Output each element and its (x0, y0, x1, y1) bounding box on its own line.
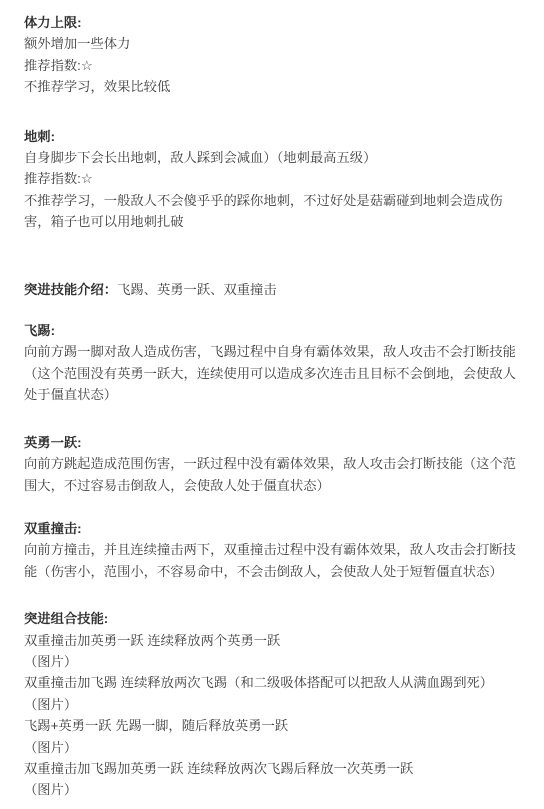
recommend-rating-line: 推荐指数:☆ (24, 168, 528, 189)
section-heading: 体力上限: (24, 15, 82, 30)
section-heading: 地刺: (24, 129, 55, 144)
section-heading: 突进技能介绍： (24, 282, 117, 297)
section-heading-row: 飞踢: (24, 320, 528, 341)
section-heading: 飞踢: (24, 323, 55, 338)
image-placeholder-line: （图片） (24, 651, 528, 672)
combo-line: 双重撞击加飞踢 连续释放两次飞踢（和二级吸体搭配可以把敌人从满血踢到死） (24, 672, 528, 693)
section-heading-row: 地刺: (24, 126, 528, 147)
combo-line: 双重撞击加飞踢加英勇一跃 连续释放两次飞踢后释放一次英勇一跃 (24, 758, 528, 779)
section-heading-row: 双重撞击: (24, 518, 528, 539)
text-line: 不推荐学习，一般敌人不会傻乎乎的踩你地刺，不过好处是菇霸碰到地刺会造成伤害，箱子… (24, 190, 528, 233)
text-line: 向前方跳起造成范围伤害，一跃过程中没有霸体效果，敌人攻击会打断技能（这个范围大，… (24, 453, 528, 496)
image-placeholder-line: （图片） (24, 737, 528, 758)
section-flying-kick: 飞踢: 向前方踢一脚对敌人造成伤害，飞踢过程中自身有霸体效果，敌人攻击不会打断技… (24, 320, 528, 406)
section-heading: 突进组合技能: (24, 611, 108, 626)
article-document: 体力上限: 额外增加一些体力 推荐指数:☆ 不推荐学习，效果比较低 地刺: 自身… (0, 0, 544, 809)
section-ground-spikes: 地刺: 自身脚步下会长出地刺，敌人踩到会减血）（地刺最高五级） 推荐指数:☆ 不… (24, 126, 528, 233)
image-placeholder-line: （图片） (24, 694, 528, 715)
text-line: 不推荐学习，效果比较低 (24, 76, 528, 97)
section-stamina-cap: 体力上限: 额外增加一些体力 推荐指数:☆ 不推荐学习，效果比较低 (24, 12, 528, 98)
section-heading-row: 英勇一跃: (24, 432, 528, 453)
text-line: 向前方撞击，并且连续撞击两下，双重撞击过程中没有霸体效果，敌人攻击会打断技能（伤… (24, 539, 528, 582)
section-heading: 英勇一跃: (24, 435, 82, 450)
section-heading-suffix: 飞踢、英勇一跃、双重撞击 (117, 282, 277, 297)
text-line: 向前方踢一脚对敌人造成伤害，飞踢过程中自身有霸体效果，敌人攻击不会打断技能（这个… (24, 341, 528, 405)
combo-line: 双重撞击加英勇一跃 连续释放两个英勇一跃 (24, 630, 528, 651)
combo-line: 飞踢+英勇一跃 先踢一脚，随后释放英勇一跃 (24, 715, 528, 736)
section-dash-skills-intro: 突进技能介绍：飞踢、英勇一跃、双重撞击 (24, 279, 528, 300)
section-dash-combos: 突进组合技能: 双重撞击加英勇一跃 连续释放两个英勇一跃 （图片） 双重撞击加飞… (24, 608, 528, 801)
text-line: 自身脚步下会长出地刺，敌人踩到会减血）（地刺最高五级） (24, 147, 528, 168)
section-heading-row: 突进组合技能: (24, 608, 528, 629)
section-double-slam: 双重撞击: 向前方撞击，并且连续撞击两下，双重撞击过程中没有霸体效果，敌人攻击会… (24, 518, 528, 582)
text-line: 额外增加一些体力 (24, 33, 528, 54)
section-heading-row: 突进技能介绍：飞踢、英勇一跃、双重撞击 (24, 279, 528, 300)
image-placeholder-line: （图片） (24, 779, 528, 800)
recommend-rating-line: 推荐指数:☆ (24, 55, 528, 76)
section-heroic-leap: 英勇一跃: 向前方跳起造成范围伤害，一跃过程中没有霸体效果，敌人攻击会打断技能（… (24, 432, 528, 496)
section-heading: 双重撞击: (24, 521, 82, 536)
section-heading-row: 体力上限: (24, 12, 528, 33)
